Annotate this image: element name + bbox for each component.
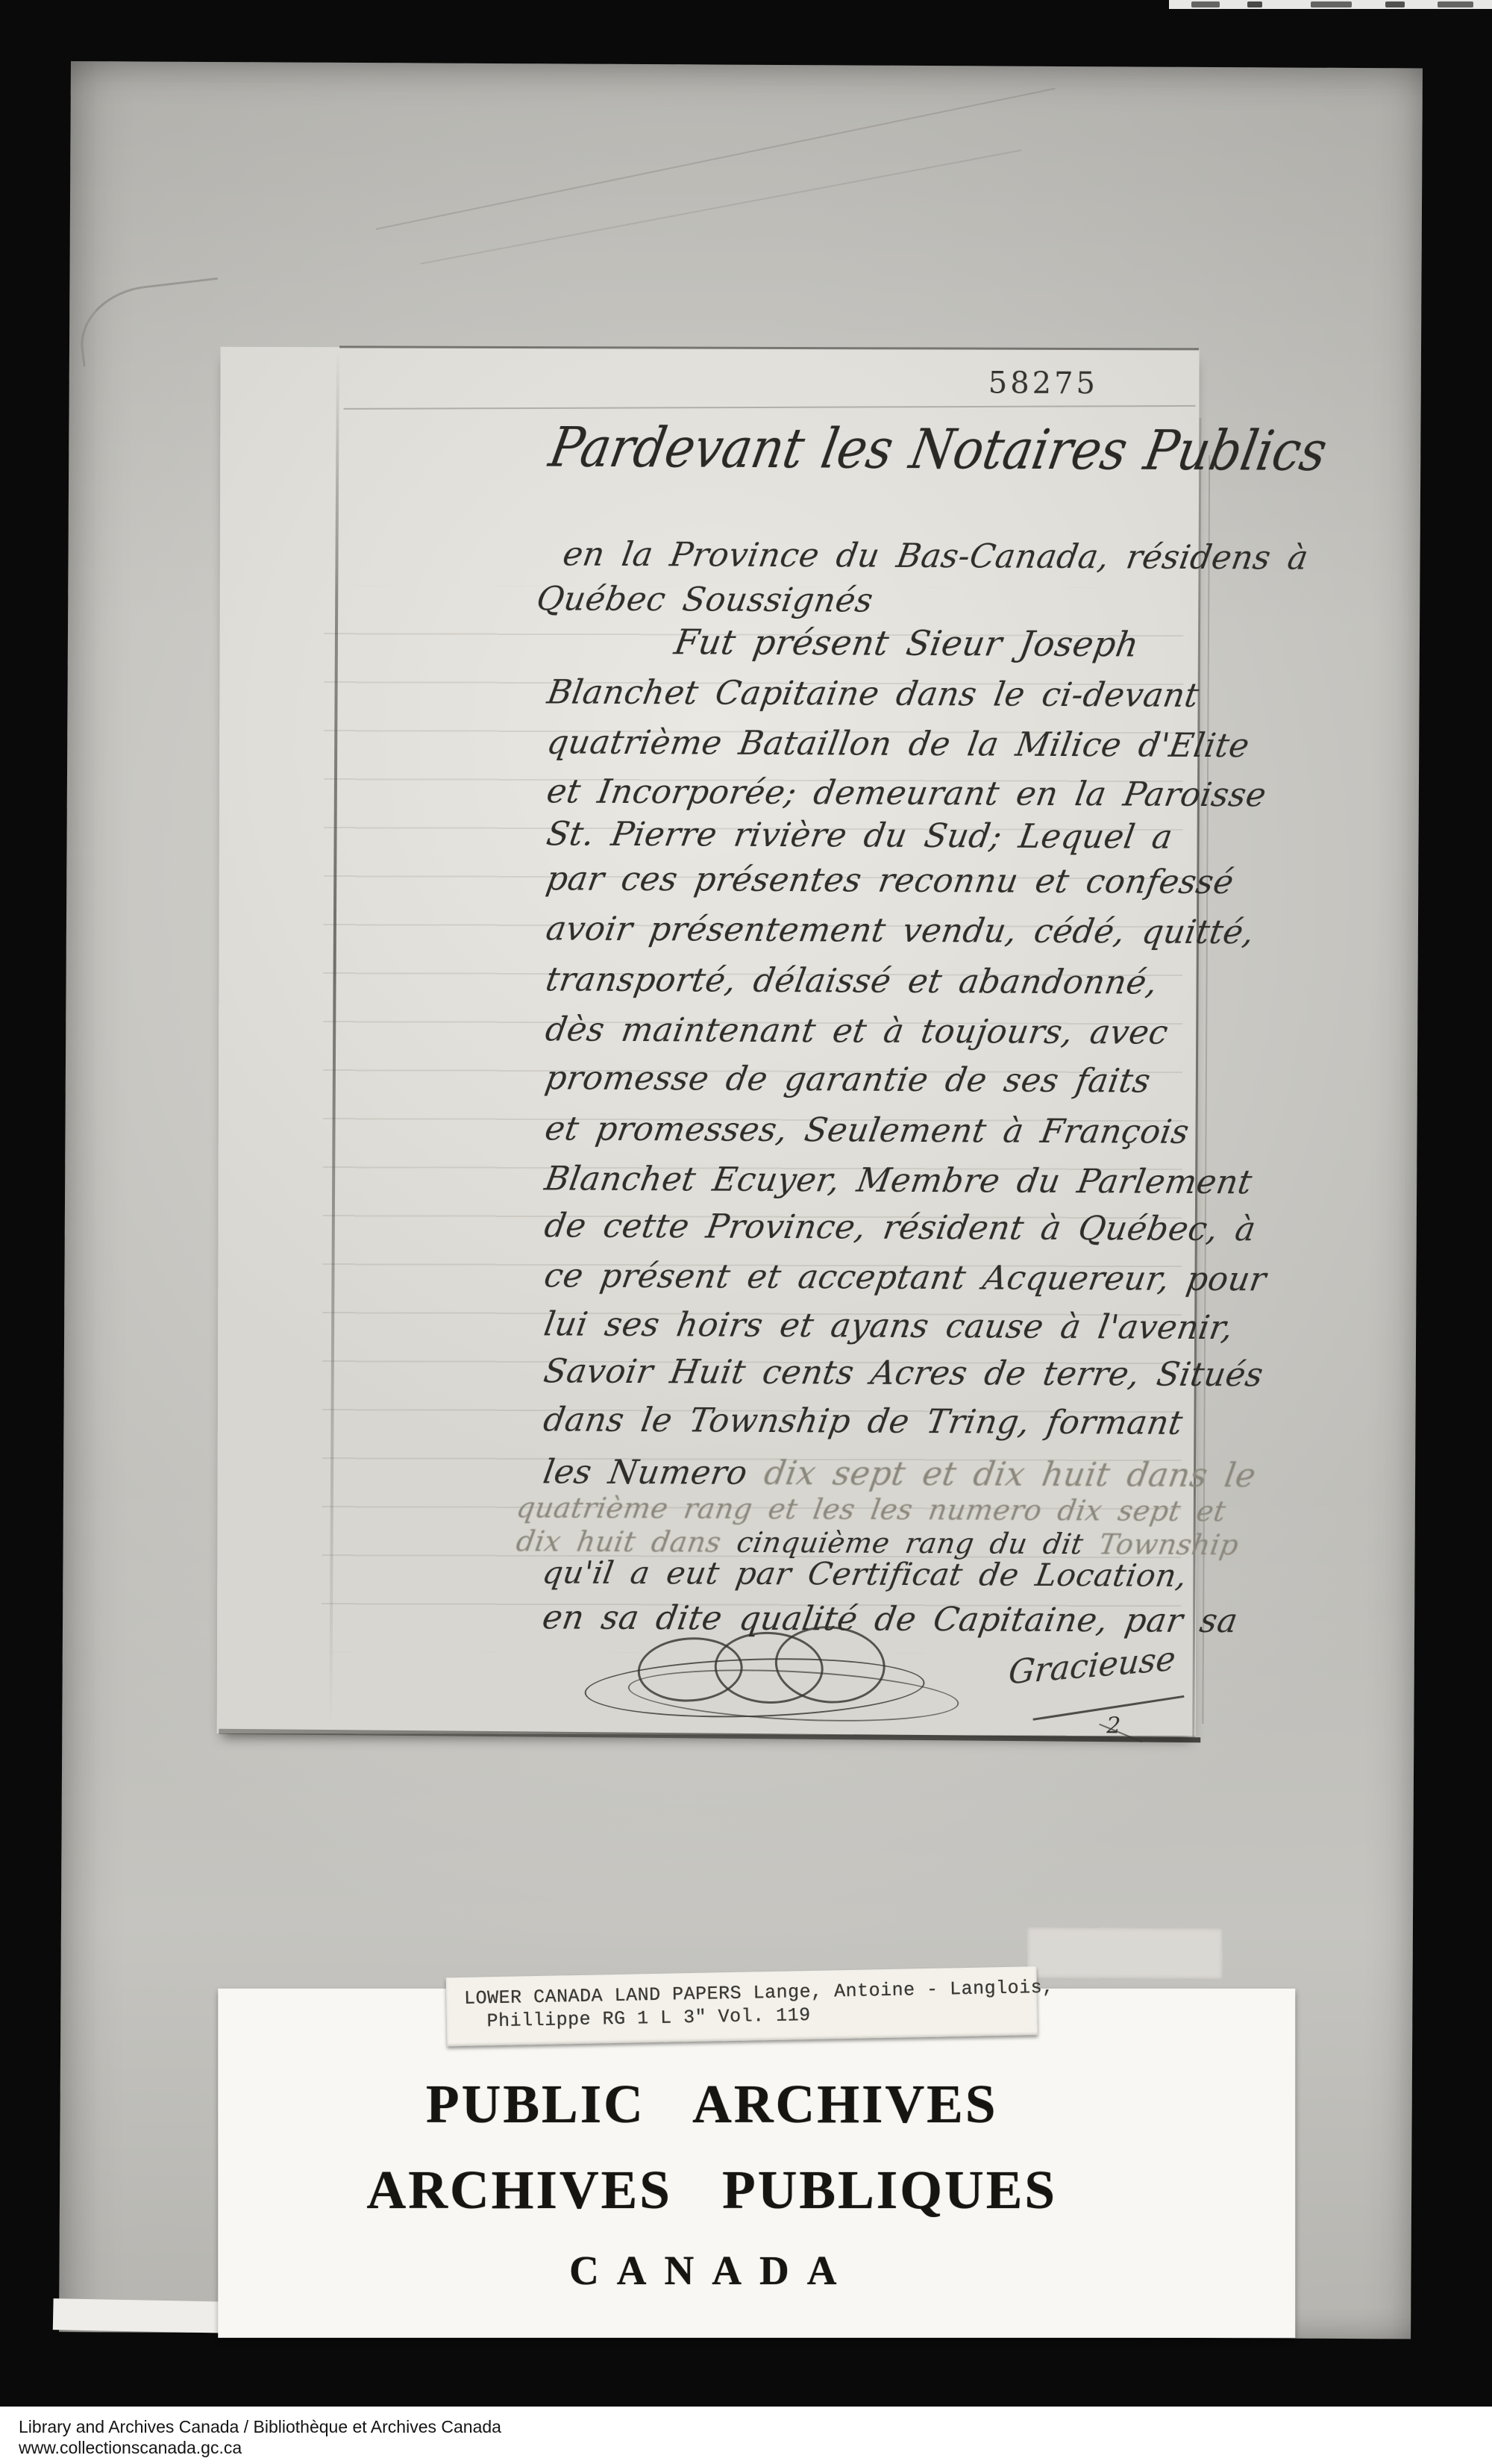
page-corner-curve	[75, 278, 226, 367]
manuscript-line: dès maintenant et à toujours, avec	[543, 1013, 1170, 1049]
manuscript-lines: en la Province du Bas-Canada, résidens à…	[71, 61, 1423, 68]
footer-url: www.collectionscanada.gc.ca	[19, 2437, 1492, 2458]
tape-piece	[1027, 1927, 1223, 1979]
manuscript-line: quatrième Bataillon de la Milice d'Elite	[545, 726, 1252, 763]
film-scratch	[420, 149, 1021, 264]
film-strip-fragment	[1169, 0, 1492, 9]
archives-card: PUBLIC ARCHIVES ARCHIVES PUBLIQUES CANAD…	[218, 1989, 1295, 2338]
photo-print: 58275 Pardevant les Notaires Publics en …	[59, 61, 1423, 2339]
manuscript-line: Savoir Huit cents Acres de terre, Situés	[542, 1355, 1266, 1392]
paper-corner	[53, 2298, 242, 2333]
manuscript-line: en sa dite qualité de Capitaine, par sa	[540, 1601, 1240, 1638]
film-mark	[1311, 1, 1352, 7]
reference-label: LOWER CANADA LAND PAPERS Lange, Antoine …	[446, 1966, 1038, 2046]
footer-institution: Library and Archives Canada / Bibliothèq…	[19, 2416, 1492, 2437]
manuscript-line: ce présent et acceptant Acquereur, pour	[542, 1260, 1268, 1296]
paraph-mark: 2	[1106, 1713, 1120, 1739]
manuscript-line: et promesses, Seulement à François	[542, 1113, 1191, 1148]
manuscript-line: par ces présentes reconnu et confessé	[544, 863, 1236, 899]
manuscript-line: Blanchet Capitaine dans le ci-devant	[545, 676, 1201, 713]
manuscript-line: St. Pierre rivière du Sud; Lequel a	[544, 818, 1174, 854]
manuscript-line: les Numero dix sept et dix huit dans le	[541, 1456, 1259, 1492]
film-mark	[1247, 1, 1262, 7]
manuscript-line: avoir présentement vendu, cédé, quitté,	[544, 913, 1257, 949]
archives-card-line-fr: ARCHIVES PUBLIQUES	[218, 2163, 1206, 2217]
manuscript-heading: Pardevant les Notaires Publics	[545, 415, 1243, 483]
film-mark	[1385, 1, 1405, 7]
manuscript-line: lui ses hoirs et ayans cause à l'avenir,	[542, 1308, 1235, 1345]
archives-card-line-canada: CANADA	[218, 2247, 1206, 2294]
manuscript-line: qu'il a eut par Certificat de Location,	[540, 1557, 1189, 1591]
manuscript-line: en la Province du Bas-Canada, résidens à	[560, 538, 1310, 575]
manuscript-line: de cette Province, résident à Québec, à	[542, 1210, 1259, 1246]
manuscript-line: quatrième rang et les les numero dix sep…	[515, 1493, 1228, 1525]
manuscript-line: Fut présent Sieur Joseph	[672, 625, 1141, 661]
film-mark	[1438, 1, 1473, 7]
film-mark	[1191, 1, 1220, 7]
archives-card-line-en: PUBLIC ARCHIVES	[218, 2077, 1206, 2131]
manuscript-line: promesse de garantie de ses faits	[543, 1062, 1153, 1098]
manuscript-line: transporté, délaissé et abandonné,	[543, 963, 1159, 999]
manuscript-line: dans le Township de Tring, formant	[541, 1404, 1185, 1439]
manuscript-line: Blanchet Ecuyer, Membre du Parlement	[542, 1163, 1254, 1199]
manuscript-line: et Incorporée; demeurant en la Paroisse	[545, 775, 1269, 812]
footer: Library and Archives Canada / Bibliothèq…	[0, 2407, 1492, 2464]
manuscript-line: Québec Soussignés	[534, 583, 875, 617]
stamp-number: 58275	[988, 366, 1098, 401]
